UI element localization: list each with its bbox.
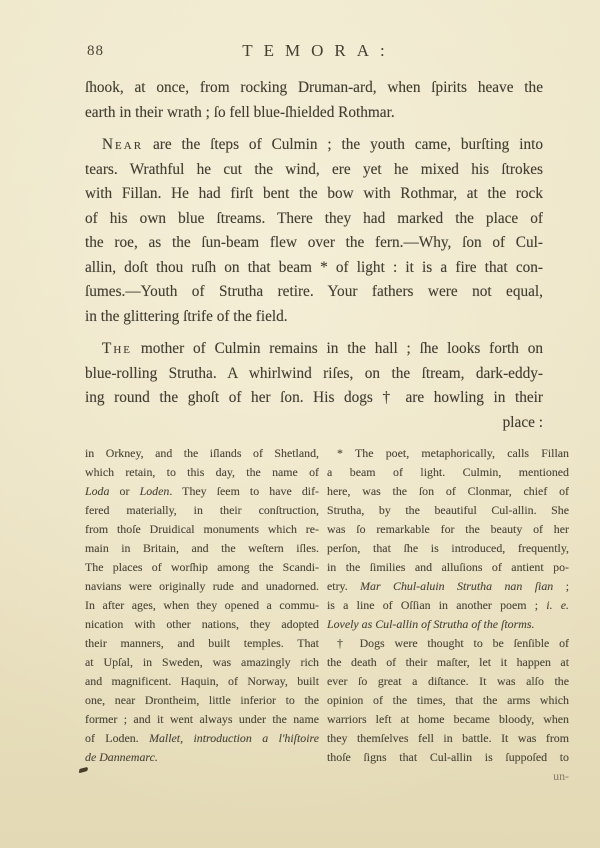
text-line: one, near Drontheim, little inferior to … [85, 691, 319, 710]
text-line: from thoſe Druidical monuments which re- [85, 520, 319, 539]
text-line: Loda or Loden. They ſeem to have dif- [85, 482, 319, 501]
footnote-column-right: * The poet, metaphorically, calls Fillan… [327, 444, 569, 786]
paragraph: * The poet, metaphorically, calls Fillan… [327, 444, 569, 634]
page-title: TEMORA: [85, 41, 542, 61]
text-line: former ; and it went always under the na… [85, 710, 319, 729]
main-text: ſhook, at once, from rocking Druman-ard,… [85, 76, 543, 435]
text-line: their manners, and built temples. That [85, 634, 319, 653]
text-line: a beam of light. Culmin, mentioned [327, 463, 569, 482]
text-line: was ſo remarkable for the beauty of her [327, 520, 569, 539]
paragraph: un- [327, 767, 569, 786]
paragraph: in Orkney, and the iſlands of Shetland,w… [85, 444, 319, 767]
text-line: in Orkney, and the iſlands of Shetland, [85, 444, 319, 463]
text-line: here, was the ſon of Clonmar, chief of [327, 482, 569, 501]
text-line: Lovely as Cul-allin of Strutha of the ſt… [327, 615, 569, 634]
text-line: Strutha, by the beautiful Cul-allin. She [327, 501, 569, 520]
text-line: Near are the ſteps of Culmin ; the youth… [85, 133, 543, 158]
text-line: place : [85, 411, 543, 436]
text-line: the death of their maſter, let it happen… [327, 653, 569, 672]
text-line: allin, doſt thou ruſh on that beam * of … [85, 256, 543, 281]
text-line: which retain, to this day, the name of [85, 463, 319, 482]
text-line: in the glittering ſtrife of the field. [85, 305, 543, 330]
text-line: fered materially, in their conſtruction, [85, 501, 319, 520]
book-page: 88 TEMORA: ſhook, at once, from rocking … [0, 0, 600, 848]
text-line: ſumes.—Youth of Strutha retire. Your fat… [85, 280, 543, 305]
text-line: ever ſo great a diſtance. It was alſo th… [327, 672, 569, 691]
text-line: ing round the ghoſt of her ſon. His dogs… [85, 386, 543, 411]
text-line: blue-rolling Strutha. A whirlwind riſes,… [85, 362, 543, 387]
text-line: de Dannemarc. [85, 748, 319, 767]
text-line: of his own blue ſtreams. There they had … [85, 207, 543, 232]
text-line: un- [327, 767, 569, 786]
text-line: * The poet, metaphorically, calls Fillan [327, 444, 569, 463]
text-line: and magnificent. Haquin, of Norway, buil… [85, 672, 319, 691]
text-line: with Fillan. He had firſt bent the bow w… [85, 182, 543, 207]
paragraph: The mother of Culmin remains in the hall… [85, 337, 543, 435]
text-line: the roe, as the ſun-beam flew over the f… [85, 231, 543, 256]
text-line: they themſelves fell in battle. It was f… [327, 729, 569, 748]
text-line: In after ages, when they opened a commu- [85, 596, 319, 615]
text-line: The mother of Culmin remains in the hall… [85, 337, 543, 362]
footnotes-section: in Orkney, and the iſlands of Shetland,w… [85, 444, 569, 786]
text-line: is a line of Oſſian in another poem ; i.… [327, 596, 569, 615]
text-line: The places of worſhip among the Scandi- [85, 558, 319, 577]
text-line: perſon, that ſhe is introduced, frequent… [327, 539, 569, 558]
page-header: 88 TEMORA: [85, 41, 542, 63]
text-line: nication with other nations, they adopte… [85, 615, 319, 634]
text-line: earth in their wrath ; ſo fell blue-ſhie… [85, 101, 543, 126]
paragraph: † Dogs were thought to be ſenſible ofthe… [327, 634, 569, 767]
text-line: in the ſimilies and alluſions of antient… [327, 558, 569, 577]
text-line: etry. Mar Chul-aluin Strutha nan ſian ; [327, 577, 569, 596]
text-line: thoſe ſigns that Cul-allin is ſuppoſed t… [327, 748, 569, 767]
text-line: warriors left at home became bloody, whe… [327, 710, 569, 729]
text-line: at Upſal, in Sweden, was amazingly rich [85, 653, 319, 672]
text-line: navians were originally rude and unadorn… [85, 577, 319, 596]
text-line: opinion of the times, that the arms whic… [327, 691, 569, 710]
footnote-column-left: in Orkney, and the iſlands of Shetland,w… [85, 444, 319, 786]
text-line: † Dogs were thought to be ſenſible of [327, 634, 569, 653]
paragraph: ſhook, at once, from rocking Druman-ard,… [85, 76, 543, 125]
paragraph: Near are the ſteps of Culmin ; the youth… [85, 133, 543, 329]
text-line: ſhook, at once, from rocking Druman-ard,… [85, 76, 543, 101]
text-line: tears. Wrathful he cut the wind, ere yet… [85, 158, 543, 183]
text-line: main in Britain, and the weſtern iſles. [85, 539, 319, 558]
text-line: of Loden. Mallet, introduction a l'hiſto… [85, 729, 319, 748]
